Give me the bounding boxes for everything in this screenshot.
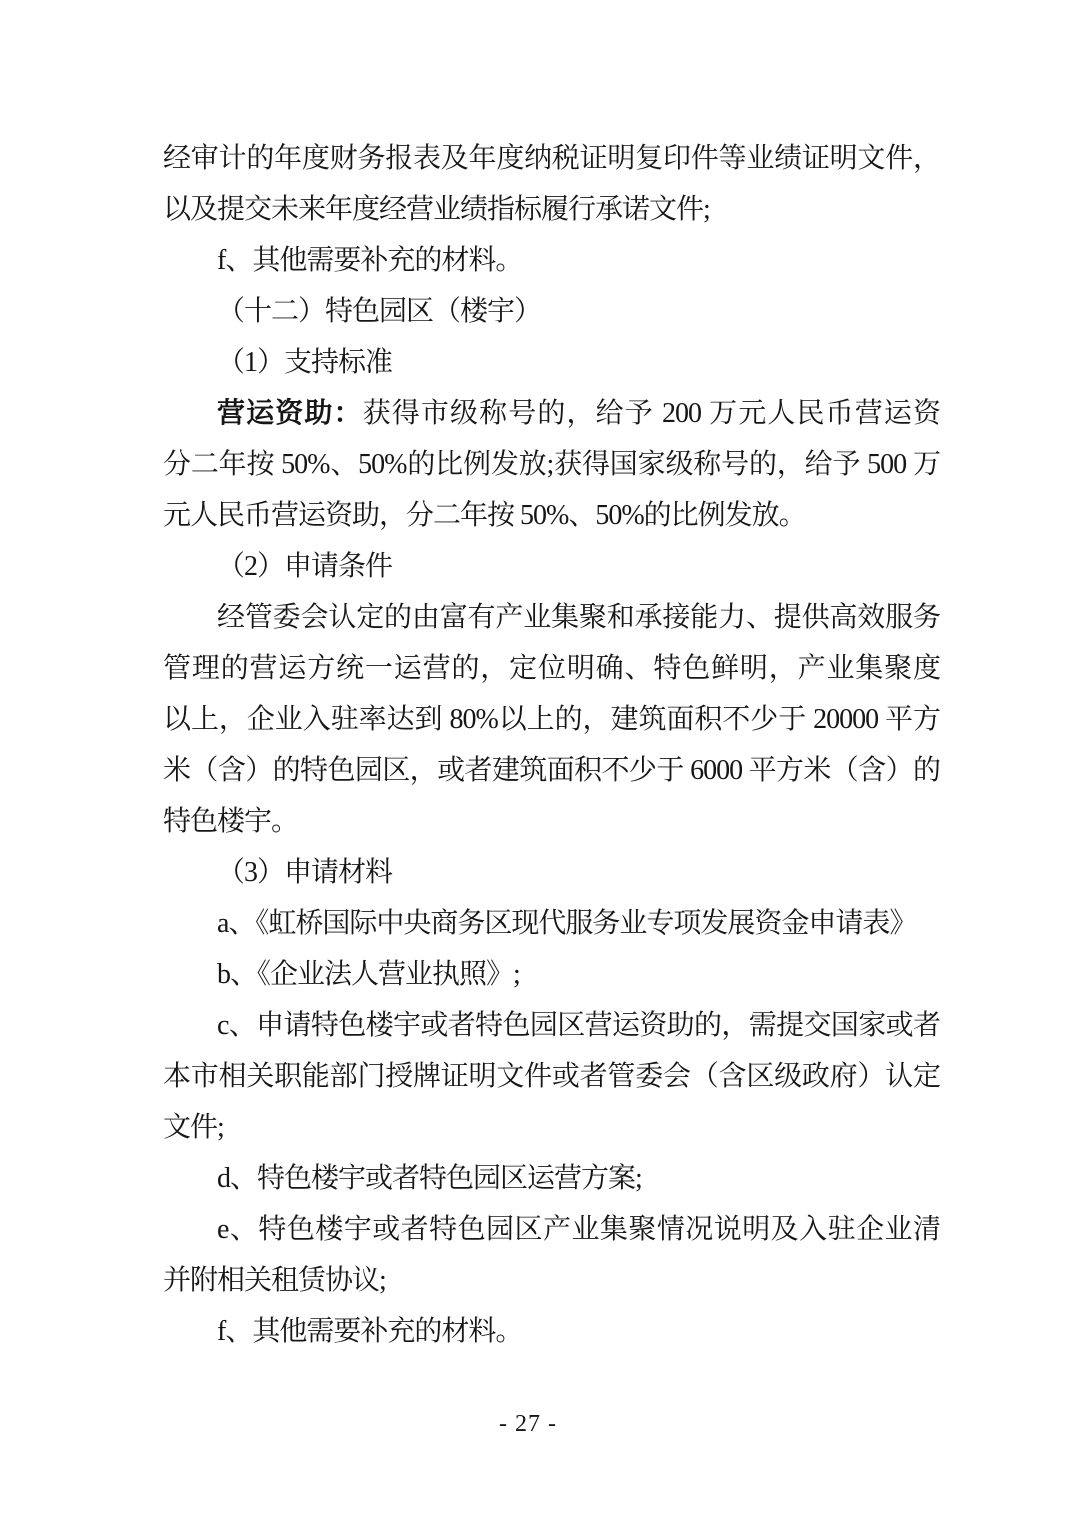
document-page: 经审计的年度财务报表及年度纳税证明复印件等业绩证明文件，以及提交未来年度经营业绩… [0, 0, 1080, 1527]
text-line: （1）支持标准 [163, 337, 940, 388]
page-number: - 27 - [0, 1404, 1056, 1444]
text-line: 本市相关职能部门授牌证明文件或者管委会（含区级政府）认定 [163, 1051, 940, 1102]
text-line: 以上，企业入驻率达到 80%以上的，建筑面积不少于 20000 平方 [163, 694, 940, 745]
text-line: 特色楼宇。 [163, 796, 940, 847]
text-line: （2）申请条件 [163, 541, 940, 592]
text-line: f、其他需要补充的材料。 [163, 1306, 940, 1357]
bold-lead-label: 营运资助： [217, 398, 363, 429]
text-line: b、《企业法人营业执照》; [163, 949, 940, 1000]
text-block: 经审计的年度财务报表及年度纳税证明复印件等业绩证明文件，以及提交未来年度经营业绩… [163, 133, 940, 1357]
text-line: 分二年按 50%、50%的比例发放;获得国家级称号的，给予 500 万 [163, 439, 940, 490]
text-line: 并附相关租赁协议; [163, 1255, 940, 1306]
text-line: 元人民币营运资助，分二年按 50%、50%的比例发放。 [163, 490, 940, 541]
text-line: f、其他需要补充的材料。 [163, 235, 940, 286]
text-line: 米（含）的特色园区，或者建筑面积不少于 6000 平方米（含）的 [163, 745, 940, 796]
text-line: e、特色楼宇或者特色园区产业集聚情况说明及入驻企业清单， [163, 1204, 940, 1255]
text-line: a、《虹桥国际中央商务区现代服务业专项发展资金申请表》 [163, 898, 940, 949]
text-line: 经审计的年度财务报表及年度纳税证明复印件等业绩证明文件， [163, 133, 940, 184]
text-line: c、申请特色楼宇或者特色园区营运资助的，需提交国家或者 [163, 1000, 940, 1051]
text-line: d、特色楼宇或者特色园区运营方案; [163, 1153, 940, 1204]
text-line: 以及提交未来年度经营业绩指标履行承诺文件; [163, 184, 940, 235]
text-line: 文件; [163, 1102, 940, 1153]
text-line: 管理的营运方统一运营的，定位明确、特色鲜明，产业集聚度 70% [163, 643, 940, 694]
text-line: （3）申请材料 [163, 847, 940, 898]
text-line: 营运资助：获得市级称号的，给予 200 万元人民币营运资助， [163, 388, 940, 439]
text-line: 经管委会认定的由富有产业集聚和承接能力、提供高效服务 [163, 592, 940, 643]
text-line: （十二）特色园区（楼宇） [163, 286, 940, 337]
